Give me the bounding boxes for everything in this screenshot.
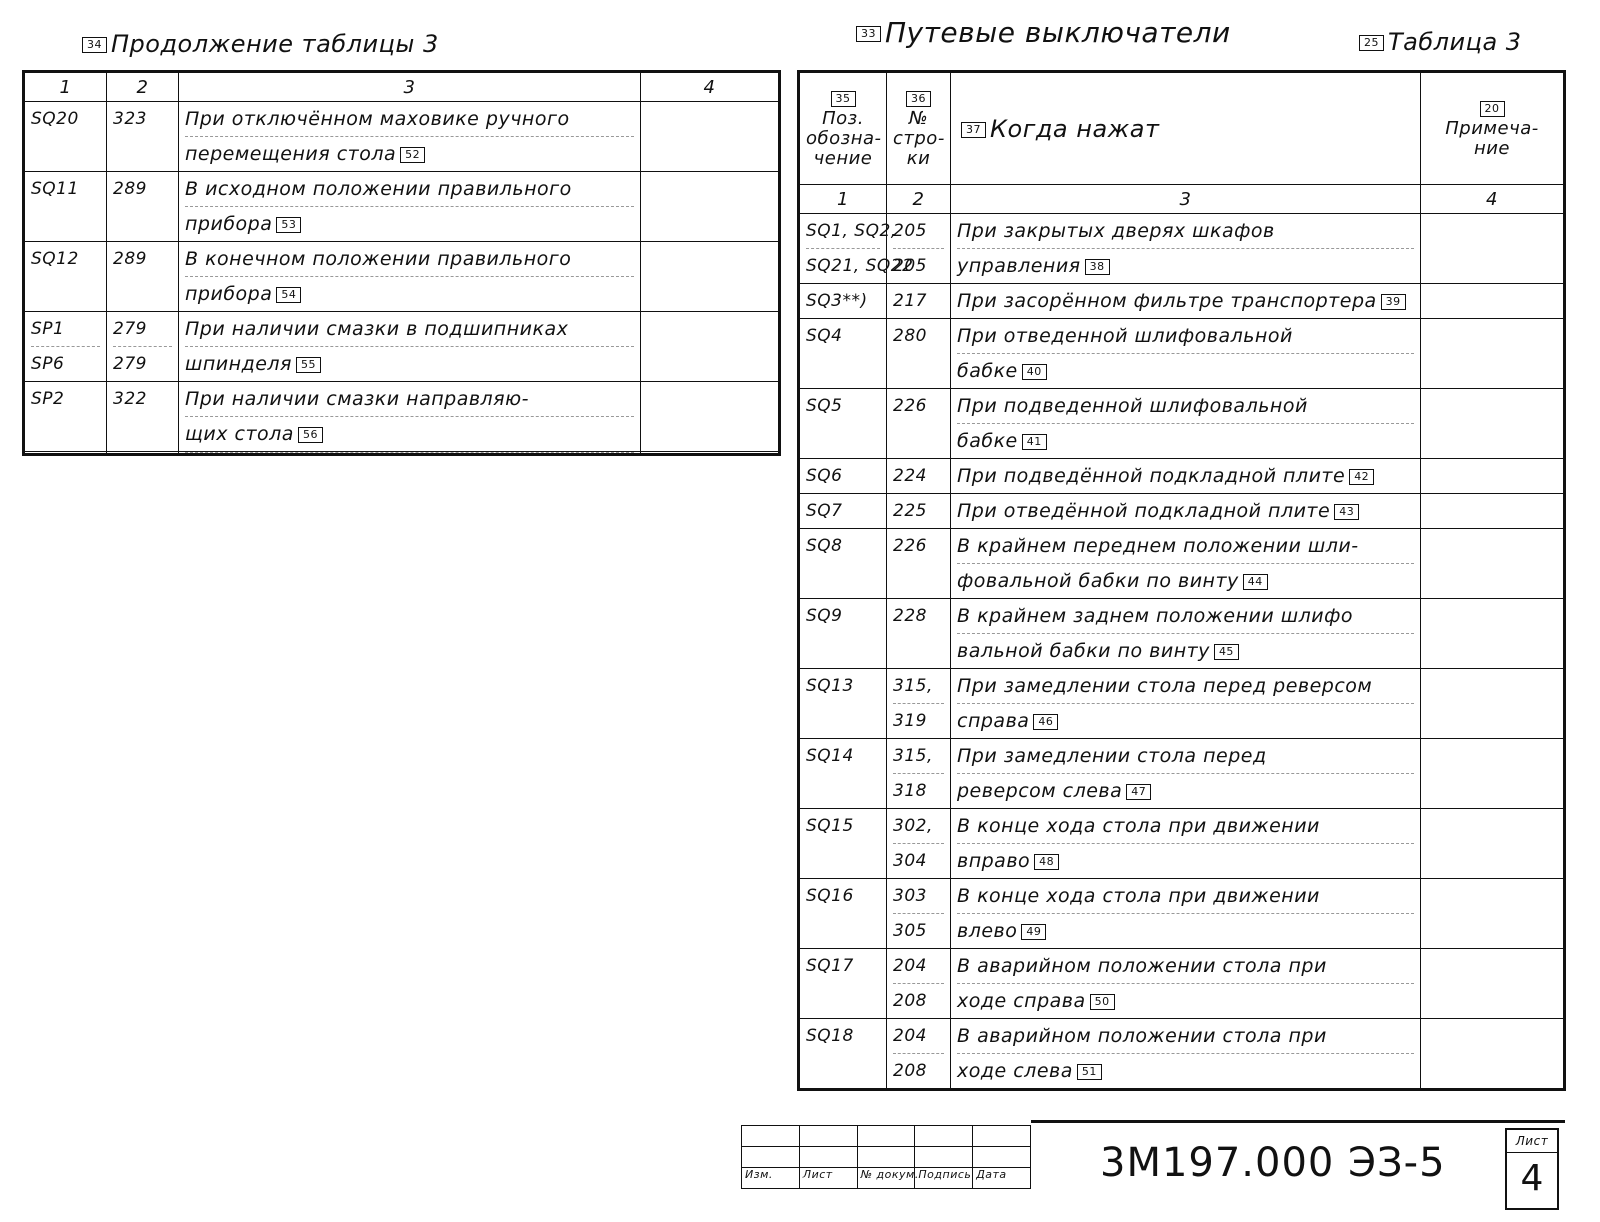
description-line [185, 452, 634, 453]
position-cell: SQ18 [799, 1019, 887, 1090]
sheet-number: 4 [1507, 1153, 1557, 1205]
table-row: SQ14315,318При замедлении стола передрев… [799, 739, 1565, 809]
ref-box: 45 [1214, 644, 1239, 660]
position-designation: SQ3**) [806, 284, 880, 318]
table-row: SQ15302,304В конце хода стола при движен… [799, 809, 1565, 879]
line-number: 305 [893, 914, 944, 948]
description-line: вправо48 [957, 844, 1414, 878]
line-number: 289 [113, 242, 172, 276]
line-number: 319 [893, 704, 944, 738]
note-cell [1421, 284, 1565, 319]
column-header-label: Когда нажат [990, 115, 1159, 143]
ref-box: 35 [831, 91, 856, 107]
column-header-label: № стро- ки [893, 108, 945, 169]
line-number: 217 [893, 284, 944, 318]
note-cell [641, 102, 780, 172]
description-cell: При наличии смазки в подшипникахшпинделя… [179, 312, 641, 382]
line-number-cell: 315,318 [887, 739, 951, 809]
table-row: SQ13315,319При замедлении стола перед ре… [799, 669, 1565, 739]
description-line: При замедлении стола перед [957, 739, 1414, 774]
ref-box: 41 [1022, 434, 1047, 450]
ref-box: 46 [1033, 714, 1058, 730]
table-row: SQ11289В исходном положении правильногоп… [24, 172, 780, 242]
position-designation: SP1 [31, 312, 100, 347]
position-cell: SQ20 [24, 102, 107, 172]
line-number-cell: 279279 [107, 312, 179, 382]
table-row: SQ6224При подведённой подкладной плите42 [799, 459, 1565, 494]
description-line: прибора54 [185, 277, 634, 311]
note-cell [641, 312, 780, 382]
description-line: При подведенной шлифовальной [957, 389, 1414, 424]
ref-box: 51 [1077, 1064, 1102, 1080]
description-cell: В конце хода стола при движениивлево49 [951, 879, 1421, 949]
position-cell: SQ13 [799, 669, 887, 739]
description-line: фовальной бабки по винту44 [957, 564, 1414, 598]
position-cell: SQ4 [799, 319, 887, 389]
table-row: SQ18204208В аварийном положении стола пр… [799, 1019, 1565, 1090]
line-number: 204 [893, 1019, 944, 1054]
description-cell: При закрытых дверях шкафовуправления38 [951, 214, 1421, 284]
line-number-cell: 204208 [887, 949, 951, 1019]
position-designation: SQ13 [806, 669, 880, 703]
position-designation: SQ20 [31, 102, 100, 136]
position-designation: SQ14 [806, 739, 880, 773]
column-header-label: Примеча- ние [1445, 118, 1538, 159]
description-cell: При наличии смазки направляю-щих стола56 [179, 382, 641, 452]
line-number: 280 [893, 319, 944, 353]
position-cell: SP2 [24, 382, 107, 452]
column-number-row: 1234 [24, 72, 780, 102]
note-cell [1421, 494, 1565, 529]
position-cell: SQ5 [799, 389, 887, 459]
table-row: SP2322При наличии смазки направляю-щих с… [24, 382, 780, 452]
line-number-cell: 323 [107, 102, 179, 172]
position-cell [24, 452, 107, 455]
document-code: 3М197.000 ЭЗ-5 [1100, 1140, 1446, 1186]
ref-box: 38 [1085, 259, 1110, 275]
table-row: SQ16303305В конце хода стола при движени… [799, 879, 1565, 949]
column-header: 37Когда нажат [951, 72, 1421, 185]
position-designation: SQ17 [806, 949, 880, 983]
description-line: В крайнем переднем положении шли- [957, 529, 1414, 564]
line-number-cell: 303305 [887, 879, 951, 949]
table-row: SQ12289В конечном положении правильногоп… [24, 242, 780, 312]
note-cell [1421, 879, 1565, 949]
column-header: 35Поз. обозна- чение [799, 72, 887, 185]
line-number-cell: 228 [887, 599, 951, 669]
ref-box: 49 [1021, 924, 1046, 940]
description-cell: При отключённом маховике ручногоперемеще… [179, 102, 641, 172]
ref-box: 50 [1090, 994, 1115, 1010]
position-cell: SP1SP6 [24, 312, 107, 382]
line-number: 226 [893, 389, 944, 423]
ref-box: 54 [276, 287, 301, 303]
line-number: 226 [893, 529, 944, 563]
table-row: SQ8226В крайнем переднем положении шли-ф… [799, 529, 1565, 599]
column-header: 36№ стро- ки [887, 72, 951, 185]
line-number-cell: 322 [107, 382, 179, 452]
ref-box: 36 [906, 91, 931, 107]
position-cell: SQ6 [799, 459, 887, 494]
description-cell: В крайнем заднем положении шлифовальной … [951, 599, 1421, 669]
description-line: При отключённом маховике ручного [185, 102, 634, 137]
description-line: ходе слева51 [957, 1054, 1414, 1088]
line-number: 303 [893, 879, 944, 914]
description-line: При отведённой подкладной плите43 [957, 494, 1414, 528]
column-number: 4 [1421, 185, 1565, 214]
line-number-cell: 226 [887, 529, 951, 599]
description-cell [179, 452, 641, 455]
ref-box: 48 [1034, 854, 1059, 870]
line-number-cell: 217 [887, 284, 951, 319]
description-line: прибора53 [185, 207, 634, 241]
ref-box: 40 [1022, 364, 1047, 380]
line-number: 289 [113, 172, 172, 206]
description-line: При засорённом фильтре транспортера39 [957, 284, 1414, 318]
description-line: При отведенной шлифовальной [957, 319, 1414, 354]
column-header: 20Примеча- ние [1421, 72, 1565, 185]
note-cell [1421, 319, 1565, 389]
description-line: При закрытых дверях шкафов [957, 214, 1414, 249]
position-cell: SQ12 [24, 242, 107, 312]
position-designation: SQ1, SQ2, [806, 214, 880, 249]
position-cell: SQ14 [799, 739, 887, 809]
column-number: 2 [107, 72, 179, 102]
line-number: 279 [113, 312, 172, 347]
description-cell: В конце хода стола при движениивправо48 [951, 809, 1421, 879]
table-row: SQ1, SQ2,SQ21, SQ22205205При закрытых дв… [799, 214, 1565, 284]
note-cell [1421, 214, 1565, 284]
line-number: 302, [893, 809, 944, 844]
position-designation: SQ12 [31, 242, 100, 276]
description-line: перемещения стола52 [185, 137, 634, 171]
description-line: бабке40 [957, 354, 1414, 388]
column-number: 3 [951, 185, 1421, 214]
ref-box: 43 [1334, 504, 1359, 520]
position-designation: SQ9 [806, 599, 880, 633]
line-number: 225 [893, 494, 944, 528]
position-designation: SP6 [31, 347, 100, 381]
description-cell: При подведённой подкладной плите42 [951, 459, 1421, 494]
position-designation: SQ6 [806, 459, 880, 493]
line-number: 279 [113, 347, 172, 381]
position-designation: SQ4 [806, 319, 880, 353]
description-line: В аварийном положении стола при [957, 949, 1414, 984]
line-number-cell: 315,319 [887, 669, 951, 739]
description-cell: В аварийном положении стола приходе слев… [951, 1019, 1421, 1090]
header-row: 35Поз. обозна- чение36№ стро- ки37Когда … [799, 72, 1565, 185]
column-number: 1 [24, 72, 107, 102]
description-line: бабке41 [957, 424, 1414, 458]
left-table: 1234 SQ20323При отключённом маховике руч… [22, 70, 781, 456]
description-line: шпинделя55 [185, 347, 634, 381]
stamp-label: Изм. [742, 1168, 800, 1189]
description-line: В конце хода стола при движении [957, 879, 1414, 914]
stamp-label: Подпись [915, 1168, 973, 1189]
line-number: 318 [893, 774, 944, 808]
description-line: вальной бабки по винту45 [957, 634, 1414, 668]
line-number-cell: 205205 [887, 214, 951, 284]
description-line: В крайнем заднем положении шлифо [957, 599, 1414, 634]
position-designation: SQ7 [806, 494, 880, 528]
stamp-label: № докум. [857, 1168, 915, 1189]
position-designation: SQ8 [806, 529, 880, 563]
table-row: SQ4280При отведенной шлифовальнойбабке40 [799, 319, 1565, 389]
position-cell: SQ15 [799, 809, 887, 879]
description-cell: При замедлении стола передреверсом слева… [951, 739, 1421, 809]
note-cell [1421, 739, 1565, 809]
line-number: 304 [893, 844, 944, 878]
column-number: 3 [179, 72, 641, 102]
line-number-cell: 226 [887, 389, 951, 459]
line-number: 205 [893, 249, 944, 283]
ref-box: 37 [961, 122, 986, 138]
table-row: SQ9228В крайнем заднем положении шлифова… [799, 599, 1565, 669]
stamp-label: Лист [799, 1168, 857, 1189]
description-cell: При отведенной шлифовальнойбабке40 [951, 319, 1421, 389]
description-line: В конце хода стола при движении [957, 809, 1414, 844]
note-cell [1421, 389, 1565, 459]
ref-box: 47 [1126, 784, 1151, 800]
line-number-cell: 302,304 [887, 809, 951, 879]
ref-box: 55 [296, 357, 321, 373]
note-cell [641, 382, 780, 452]
position-cell: SQ17 [799, 949, 887, 1019]
right-table-title: 33Путевые выключатели [852, 16, 1231, 49]
table-row: SP1SP6279279При наличии смазки в подшипн… [24, 312, 780, 382]
position-cell: SQ9 [799, 599, 887, 669]
position-designation: SQ21, SQ22 [806, 249, 880, 283]
ref-box: 56 [298, 427, 323, 443]
description-line: При подведённой подкладной плите42 [957, 459, 1414, 493]
line-number-cell: 225 [887, 494, 951, 529]
description-cell: В аварийном положении стола приходе спра… [951, 949, 1421, 1019]
note-cell [1421, 529, 1565, 599]
line-number-cell: 280 [887, 319, 951, 389]
line-number: 208 [893, 984, 944, 1018]
note-cell [1421, 949, 1565, 1019]
description-cell: При подведенной шлифовальнойбабке41 [951, 389, 1421, 459]
left-table-title: 34Продолжение таблицы 3 [78, 30, 439, 58]
ref-box: 53 [276, 217, 301, 233]
position-cell: SQ3**) [799, 284, 887, 319]
position-cell: SQ8 [799, 529, 887, 599]
ref-box: 34 [82, 37, 107, 53]
line-number: 322 [113, 382, 172, 416]
description-line: В исходном положении правильного [185, 172, 634, 207]
ref-box: 25 [1359, 35, 1384, 51]
table-row [24, 452, 780, 455]
description-line: управления38 [957, 249, 1414, 283]
table-row: SQ5226При подведенной шлифовальнойбабке4… [799, 389, 1565, 459]
description-cell: При замедлении стола перед реверсомсправ… [951, 669, 1421, 739]
stamp-top-line [1031, 1120, 1565, 1123]
table-row: SQ20323При отключённом маховике ручногоп… [24, 102, 780, 172]
position-designation: SQ5 [806, 389, 880, 423]
note-cell [1421, 459, 1565, 494]
description-line: При замедлении стола перед реверсом [957, 669, 1414, 704]
description-cell: При засорённом фильтре транспортера39 [951, 284, 1421, 319]
description-line: ходе справа50 [957, 984, 1414, 1018]
line-number-cell: 289 [107, 242, 179, 312]
position-cell: SQ11 [24, 172, 107, 242]
column-number: 4 [641, 72, 780, 102]
position-cell: SQ16 [799, 879, 887, 949]
note-cell [641, 242, 780, 312]
line-number: 323 [113, 102, 172, 136]
description-line: справа46 [957, 704, 1414, 738]
column-number: 2 [887, 185, 951, 214]
description-line: влево49 [957, 914, 1414, 948]
sheet-number-box: Лист 4 [1505, 1128, 1559, 1210]
line-number: 315, [893, 739, 944, 774]
note-cell [1421, 809, 1565, 879]
table-row: SQ7225При отведённой подкладной плите43 [799, 494, 1565, 529]
stamp-label: Дата [973, 1168, 1031, 1189]
revision-stamp: Изм.Лист№ докум.ПодписьДата [741, 1125, 1031, 1189]
description-line: В аварийном положении стола при [957, 1019, 1414, 1054]
line-number-cell [107, 452, 179, 455]
description-line: реверсом слева47 [957, 774, 1414, 808]
description-line: щих стола56 [185, 417, 634, 451]
line-number: 208 [893, 1054, 944, 1088]
note-cell [1421, 669, 1565, 739]
line-number: 228 [893, 599, 944, 633]
ref-box: 52 [400, 147, 425, 163]
column-number: 1 [799, 185, 887, 214]
ref-box: 39 [1381, 294, 1406, 310]
note-cell [641, 452, 780, 455]
position-cell: SQ1, SQ2,SQ21, SQ22 [799, 214, 887, 284]
description-cell: В исходном положении правильногоприбора5… [179, 172, 641, 242]
position-designation: SP2 [31, 382, 100, 416]
position-designation: SQ15 [806, 809, 880, 843]
position-designation: SQ18 [806, 1019, 880, 1053]
position-cell: SQ7 [799, 494, 887, 529]
note-cell [641, 172, 780, 242]
position-designation: SQ16 [806, 879, 880, 913]
line-number-cell: 224 [887, 459, 951, 494]
description-line: При наличии смазки направляю- [185, 382, 634, 417]
right-table: 35Поз. обозна- чение36№ стро- ки37Когда … [797, 70, 1566, 1091]
position-designation: SQ11 [31, 172, 100, 206]
line-number: 204 [893, 949, 944, 984]
sheet-label: Лист [1507, 1130, 1557, 1153]
note-cell [1421, 1019, 1565, 1090]
ref-box: 44 [1243, 574, 1268, 590]
line-number-cell: 204208 [887, 1019, 951, 1090]
ref-box: 42 [1349, 469, 1374, 485]
line-number-cell: 289 [107, 172, 179, 242]
table-number-label: 25Таблица 3 [1355, 28, 1522, 56]
ref-box: 33 [856, 26, 881, 42]
description-line: При наличии смазки в подшипниках [185, 312, 634, 347]
note-cell [1421, 599, 1565, 669]
column-header-label: Поз. обозна- чение [806, 108, 882, 169]
description-cell: В конечном положении правильногоприбора5… [179, 242, 641, 312]
line-number: 205 [893, 214, 944, 249]
description-line: В конечном положении правильного [185, 242, 634, 277]
table-row: SQ17204208В аварийном положении стола пр… [799, 949, 1565, 1019]
ref-box: 20 [1480, 101, 1505, 117]
description-cell: При отведённой подкладной плите43 [951, 494, 1421, 529]
table-row: SQ3**)217При засорённом фильтре транспор… [799, 284, 1565, 319]
line-number: 315, [893, 669, 944, 704]
line-number: 224 [893, 459, 944, 493]
column-number-row: 1234 [799, 185, 1565, 214]
description-cell: В крайнем переднем положении шли-фовальн… [951, 529, 1421, 599]
